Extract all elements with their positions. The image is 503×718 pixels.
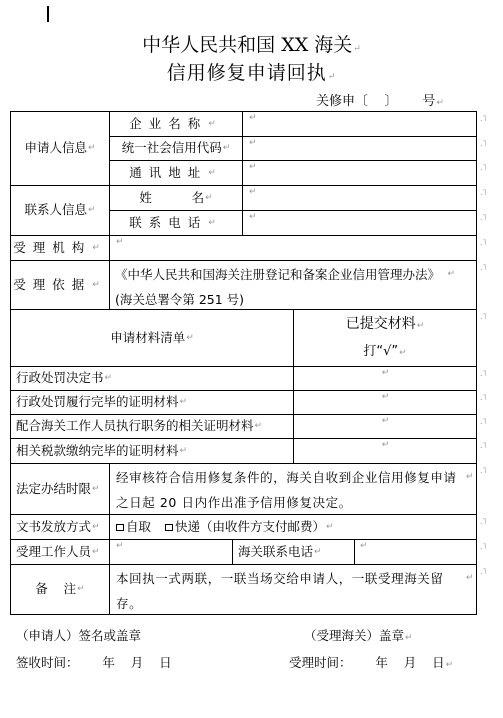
company-name-field[interactable]: ↵ bbox=[248, 112, 476, 136]
title-line-2: 信用修复申请回执↵ bbox=[0, 58, 503, 85]
material-check-cooperation-proof[interactable]: ↵ bbox=[294, 415, 476, 438]
self-pickup-checkbox[interactable] bbox=[116, 524, 124, 531]
field-label-remarks: 备 注↵ bbox=[11, 565, 109, 614]
material-check-tax-paid[interactable]: ↵ bbox=[294, 439, 476, 463]
material-check-penalty-fulfilled[interactable]: ↵ bbox=[294, 391, 476, 414]
accept-time-label: 受理时间： 年 月 日↵ bbox=[289, 653, 453, 671]
self-pickup-option[interactable]: 自取 bbox=[116, 521, 151, 534]
staff-field[interactable]: ↵ bbox=[115, 540, 231, 564]
title-line-1: 中华人民共和国 XX 海关↵ bbox=[0, 30, 503, 57]
remarks-text: 本回执一式两联，一联当场交给申请人，一联受理海关留存。↵ bbox=[116, 565, 474, 614]
field-label-legal-deadline: 法定办结时限↵ bbox=[16, 464, 109, 514]
express-checkbox[interactable] bbox=[165, 524, 173, 531]
delivery-method-options: 自取 快递（由收件方支付邮费） ↵ bbox=[116, 515, 474, 539]
accepting-authority-field[interactable]: ↵ bbox=[115, 236, 475, 260]
customs-phone-field[interactable]: ↵ bbox=[359, 540, 475, 564]
contact-phone-field[interactable]: ↵ bbox=[248, 211, 476, 235]
material-row-penalty-decision: 行政处罚决定书↵ bbox=[16, 367, 292, 390]
field-label-company-name: 企业名称↵ bbox=[110, 112, 242, 136]
receipt-time-label: 签收时间： 年 月 日 bbox=[16, 653, 172, 671]
field-label-basis: 受理依据↵ bbox=[11, 261, 109, 309]
field-label-staff: 受理工作人员↵ bbox=[16, 540, 109, 564]
material-row-penalty-fulfilled: 行政处罚履行完毕的证明材料↵ bbox=[16, 391, 292, 414]
field-label-contact-name: 姓 名↵ bbox=[110, 186, 242, 210]
document-number: 关修申〔 〕 号↵ bbox=[316, 90, 444, 109]
field-label-address: 通讯地址↵ bbox=[110, 161, 242, 185]
address-field[interactable]: ↵ bbox=[248, 161, 476, 185]
applicant-signature-label: （申请人）签名或盖章 bbox=[16, 626, 141, 644]
credit-code-field[interactable]: ↵ bbox=[248, 137, 476, 160]
material-check-penalty-decision[interactable]: ↵ bbox=[294, 367, 476, 390]
customs-seal-label: （受理海关）盖章↵ bbox=[304, 626, 413, 644]
field-label-customs-phone: 海关联系电话↵ bbox=[238, 540, 354, 564]
applicant-group-label: 申请人信息↵ bbox=[11, 112, 109, 185]
material-row-tax-paid: 相关税款缴纳完毕的证明材料↵ bbox=[16, 439, 292, 463]
field-label-delivery-method: 文书发放方式↵ bbox=[16, 515, 109, 539]
submitted-materials-header: 已提交材料↵ 打“√”↵ bbox=[294, 310, 476, 366]
field-label-accepting-authority: 受理机构↵ bbox=[11, 236, 109, 260]
legal-deadline-text: 经审核符合信用修复条件的，海关自收到企业信用修复申请之日起 20 日内作出准予信… bbox=[116, 464, 474, 514]
material-row-cooperation-proof: 配合海关工作人员执行职务的相关证明材料↵ bbox=[16, 415, 292, 438]
basis-text: 《中华人民共和国海关注册登记和备案企业信用管理办法》(海关总署令第 251 号)… bbox=[115, 261, 455, 309]
field-label-credit-code: 统一社会信用代码↵ bbox=[110, 137, 242, 160]
contact-group-label: 联系人信息↵ bbox=[11, 186, 109, 235]
materials-list-header: 申请材料清单↵ bbox=[11, 310, 293, 366]
express-option[interactable]: 快递（由收件方支付邮费） bbox=[165, 521, 325, 534]
field-label-contact-phone: 联系电话↵ bbox=[110, 211, 242, 235]
text-cursor bbox=[47, 6, 49, 22]
contact-name-field[interactable]: ↵ bbox=[248, 186, 476, 210]
